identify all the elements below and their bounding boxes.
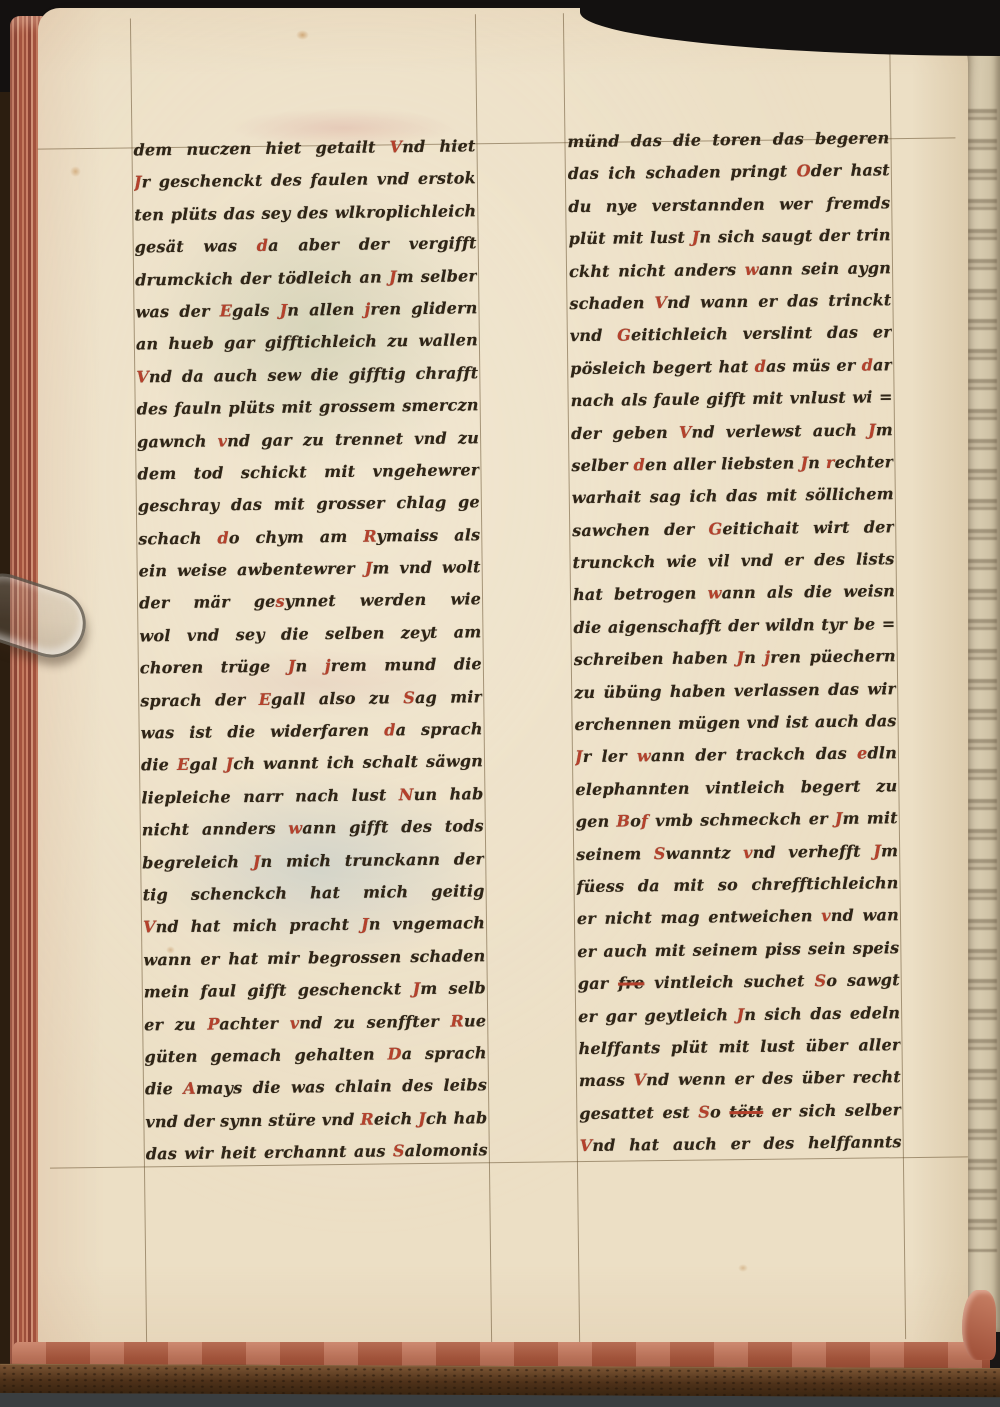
text-segment: ren glidern bbox=[370, 298, 477, 318]
text-segment: sawchen der bbox=[572, 519, 709, 540]
text-segment: eich bbox=[374, 1109, 419, 1129]
text-segment: der geben bbox=[571, 422, 679, 442]
text-segment: a aber der vergifft bbox=[268, 233, 477, 255]
rubricated-letter: J bbox=[279, 301, 287, 320]
manuscript-line: vnd Geitichleich verslint das er bbox=[570, 317, 892, 353]
rubricated-letter: O bbox=[797, 162, 811, 181]
text-segment: ten plüts das sey des wlkroplichleich bbox=[134, 201, 476, 224]
text-segment: echter bbox=[835, 452, 894, 472]
text-segment: nd gar zu trennet vnd zu bbox=[227, 428, 479, 450]
text-segment: o bbox=[710, 1102, 730, 1121]
rubricated-letter: E bbox=[259, 689, 272, 708]
rubricated-letter: d bbox=[633, 455, 645, 474]
text-segment: wann er hat mir begrossen schaden bbox=[143, 946, 485, 969]
text-segment: was ist die widerfaren bbox=[141, 720, 385, 742]
manuscript-line: liepleiche narr nach lust Nun hab ich bbox=[141, 778, 483, 815]
rubricated-letter: J bbox=[800, 453, 808, 472]
text-segment: nd hat auch er des helffannts plüt bbox=[580, 1132, 902, 1162]
text-segment: er sich selber bbox=[763, 1100, 901, 1121]
manuscript-line: der mär gesynnet werden wie bbox=[139, 584, 481, 621]
rubricated-letter: d bbox=[862, 355, 874, 374]
text-segment: ynnet werden wie bbox=[285, 590, 482, 611]
manuscript-line: güten gemach gehalten Da sprach bbox=[144, 1037, 486, 1074]
text-segment: ue bbox=[464, 1011, 486, 1030]
rubricated-letter: A bbox=[183, 1079, 196, 1098]
rubricated-letter: w bbox=[288, 819, 302, 838]
text-segment: er nicht mag entweichen bbox=[577, 907, 822, 929]
rubricated-letter: R bbox=[450, 1011, 464, 1030]
rubricated-letter: E bbox=[220, 301, 233, 320]
manuscript-line: hat betrogen wann als die weisn bbox=[573, 576, 895, 612]
text-segment: die aigenschafft der wildn tyr be = bbox=[573, 614, 895, 637]
rubricated-letter: V bbox=[654, 293, 667, 312]
rubricated-letter: D bbox=[387, 1044, 401, 1063]
text-segment: ag mir bbox=[415, 687, 482, 707]
text-segment: drumckich der tödleich an bbox=[135, 267, 389, 289]
text-segment: des fauln plüts mit grossem smerczn bbox=[137, 395, 479, 418]
text-segment: a sprach bbox=[402, 1043, 487, 1063]
text-segment: wanntz bbox=[665, 843, 743, 863]
text-segment: gesattet est bbox=[579, 1102, 698, 1122]
rubricated-letter: J bbox=[873, 841, 881, 860]
text-segment: das wir heit erchannt aus bbox=[146, 1141, 393, 1163]
manuscript-line: die Egal Jch wannt ich schalt säwgn bbox=[141, 746, 483, 783]
text-segment: n vngemach bbox=[369, 914, 485, 934]
rubricated-letter: d bbox=[384, 720, 396, 739]
text-segment: er zu bbox=[144, 1014, 207, 1034]
text-segment: eitichleich verslint das er bbox=[631, 323, 892, 345]
rubricated-letter: S bbox=[814, 971, 826, 990]
rubricated-letter: B bbox=[616, 812, 630, 831]
text-segment: was der bbox=[135, 301, 219, 321]
text-segment: er auch mit seinem piss sein speis bbox=[577, 938, 899, 961]
manuscript-line: Jr geschenckt des faulen vnd erstok = bbox=[134, 163, 476, 200]
page-edge-curl bbox=[962, 1290, 996, 1360]
rubricated-letter: J bbox=[134, 173, 142, 192]
manuscript-line: vnd der synn stüre vnd Reich Jch hab bbox=[145, 1102, 487, 1139]
manuscript-line: wann er hat mir begrossen schaden bbox=[143, 940, 485, 977]
text-segment: warhait sag ich das mit söllichem bbox=[572, 485, 894, 508]
rubricated-letter: J bbox=[575, 747, 583, 766]
rubricated-letter: P bbox=[207, 1014, 219, 1033]
rubricated-letter: J bbox=[365, 559, 373, 578]
text-segment: der mär ge bbox=[139, 592, 276, 613]
manuscript-line: gawnch vnd gar zu trennet vnd zu bbox=[137, 422, 479, 459]
text-segment: nd wan bbox=[831, 906, 899, 926]
text-segment: güten gemach gehalten bbox=[144, 1044, 387, 1066]
text-segment: an hueb gar gifftichleich zu wallen bbox=[136, 331, 478, 354]
manuscript-line: was ist die widerfaren da sprach bbox=[140, 713, 482, 750]
manuscript-line: helffants plüt mit lust über aller bbox=[578, 1029, 900, 1065]
text-segment: ein weise awbentewrer bbox=[139, 559, 365, 581]
text-segment: a sprach bbox=[396, 719, 483, 739]
text-segment: gall also zu bbox=[271, 688, 403, 709]
rubricated-letter: J bbox=[361, 915, 369, 934]
text-segment: selber bbox=[571, 455, 633, 475]
rubricated-letter: J bbox=[412, 979, 420, 998]
rubricated-letter: e bbox=[857, 744, 868, 763]
manuscript-line: du nye verstannden wer fremds bbox=[568, 187, 890, 223]
rubricated-letter: G bbox=[708, 519, 722, 538]
rubricated-letter: v bbox=[218, 431, 228, 450]
manuscript-line: mein faul gifft geschenckt Jm selb hat bbox=[144, 972, 486, 1009]
manuscript-line: dem nuczen hiet getailt Vnd hiet auch bbox=[133, 130, 475, 167]
text-segment: die bbox=[141, 755, 177, 774]
manuscript-line: sawchen der Geitichait wirt der bbox=[572, 511, 894, 547]
manuscript-line: nach als faule gifft mit vnlust wi = bbox=[570, 381, 892, 417]
manuscript-line: er nicht mag entweichen vnd wan bbox=[577, 900, 899, 936]
text-segment: vintleich suchet bbox=[644, 971, 814, 992]
text-segment: begreleich bbox=[142, 852, 253, 872]
rubricated-letter: V bbox=[143, 918, 156, 937]
manuscript-line: gesät was da aber der vergifft bbox=[135, 227, 477, 264]
rubricated-letter: V bbox=[136, 367, 149, 386]
manuscript-line: tig schenckch hat mich geitig betrogn bbox=[142, 875, 484, 912]
text-segment: n bbox=[744, 648, 764, 667]
text-segment: füess da mit so chrefftichleichn das bbox=[576, 873, 898, 903]
text-segment: o chym am bbox=[229, 526, 364, 547]
manuscript-line: gesattet est So tött er sich selber bbox=[579, 1094, 901, 1130]
manuscript-line: an hueb gar gifftichleich zu wallen bbox=[136, 325, 478, 362]
text-segment: r ler bbox=[583, 747, 637, 767]
manuscript-line: schreiben haben Jn jren püechern bbox=[574, 640, 896, 676]
text-segment: zu übüng haben verlassen das wir bbox=[574, 679, 896, 702]
text-segment: tig schenckch hat mich geitig betrogn bbox=[143, 881, 485, 912]
photograph-background: dem nuczen hiet getailt Vnd hiet auchJr … bbox=[0, 0, 1000, 1407]
rubricated-letter: s bbox=[275, 592, 284, 611]
rubricated-letter: V bbox=[580, 1136, 593, 1155]
manuscript-line: mass Vnd wenn er des über recht bbox=[579, 1061, 901, 1097]
text-segment: vmb schmeckch er bbox=[648, 809, 835, 830]
rubricated-letter: S bbox=[698, 1102, 710, 1121]
text-segment: ann als die weisn bbox=[722, 582, 896, 603]
rubricated-letter: w bbox=[708, 584, 722, 603]
manuscript-line: erchennen mügen vnd ist auch das bbox=[574, 705, 896, 741]
text-segment: n sich das edeln bbox=[744, 1003, 900, 1024]
text-segment: gesät was bbox=[135, 236, 257, 256]
text-segment: das ich schaden pringt bbox=[568, 162, 797, 184]
text-segment: gar bbox=[578, 974, 619, 993]
text-segment: ch hab bbox=[426, 1108, 488, 1128]
text-segment: n allen bbox=[287, 300, 364, 320]
text-segment: m vnd wolt bbox=[372, 557, 480, 577]
text-segment: gawnch bbox=[137, 431, 218, 451]
text-segment: rem mund die bbox=[331, 655, 482, 676]
text-segment: nd verlewst auch bbox=[691, 420, 868, 441]
manuscript-line: des fauln plüts mit grossem smerczn bbox=[137, 389, 479, 426]
rubricated-letter: R bbox=[360, 1109, 374, 1128]
manuscript-page: dem nuczen hiet getailt Vnd hiet auchJr … bbox=[38, 8, 968, 1346]
text-segment: n mich trunckann der bbox=[260, 849, 484, 871]
text-segment: eitichait wirt der bbox=[722, 517, 894, 538]
manuscript-line: dem tod schickt mit vngehewrer stym bbox=[137, 454, 479, 491]
text-segment: sprach der bbox=[140, 690, 259, 710]
text-segment: ann der trackch das bbox=[651, 744, 857, 766]
manuscript-line: nicht annders wann gifft des tods bbox=[142, 810, 484, 847]
manuscript-line: warhait sag ich das mit söllichem bbox=[572, 479, 894, 515]
text-segment: choren trüge bbox=[140, 657, 288, 678]
text-segment: geschray das mit grosser chlag ge bbox=[138, 493, 480, 516]
text-segment: o sawgt bbox=[826, 970, 900, 990]
rubricated-letter: J bbox=[389, 267, 397, 286]
text-segment: dem nuczen hiet getailt bbox=[133, 137, 389, 159]
manuscript-line: ckht nicht anders wann sein aygn bbox=[569, 252, 891, 288]
rubricated-letter: G bbox=[617, 326, 631, 345]
text-segment: hat betrogen bbox=[573, 584, 708, 605]
rubricated-letter: J bbox=[418, 1109, 426, 1128]
text-segment: ckht nicht anders bbox=[569, 260, 745, 281]
text-segment: münd das die toren das begeren bbox=[567, 128, 889, 151]
text-segment: dem tod schickt mit vngehewrer stym bbox=[137, 460, 479, 491]
manuscript-line: das ich schaden pringt Oder hast bbox=[568, 155, 890, 191]
manuscript-line: er zu Pachter vnd zu senffter Rue bbox=[144, 1005, 486, 1042]
rubricated-letter: v bbox=[821, 906, 831, 925]
text-segment: m mit bbox=[842, 808, 897, 828]
text-segment: dln bbox=[867, 744, 897, 763]
text-segment: ch wannt ich schalt säwgn bbox=[233, 752, 483, 774]
manuscript-line: drumckich der tödleich an Jm selber bbox=[135, 260, 477, 297]
manuscript-line: wol vnd sey die selben zeyt am wenigen bbox=[139, 616, 481, 653]
text-segment: vnd bbox=[570, 326, 618, 346]
text-segment: m selber bbox=[397, 266, 478, 286]
text-segment: n bbox=[296, 656, 325, 675]
text-segment: trunckch wie vil vnd er des lists bbox=[572, 549, 894, 572]
red-strikethrough-word: tött bbox=[729, 1102, 763, 1121]
text-segment: mays die was chlain des leibs bbox=[196, 1076, 487, 1099]
rubricated-letter: J bbox=[692, 228, 700, 247]
text-segment: achter bbox=[219, 1013, 290, 1033]
rubricated-letter: V bbox=[389, 137, 402, 156]
rubricated-letter: v bbox=[290, 1013, 300, 1032]
text-column-right: münd das die toren das begerendas ich sc… bbox=[567, 122, 902, 1162]
manuscript-line: begreleich Jn mich trunckann der Eri bbox=[142, 843, 484, 880]
text-segment: m bbox=[876, 420, 893, 439]
text-segment: schach bbox=[138, 528, 217, 548]
manuscript-line: elephannten vintleich begert zu sau = bbox=[575, 770, 897, 806]
manuscript-line: geschray das mit grosser chlag ge bbox=[138, 487, 480, 524]
text-segment: gals bbox=[232, 301, 280, 321]
text-segment: nd verhefft bbox=[753, 841, 874, 861]
text-segment: nd da auch sew die gifftig chrafft bbox=[149, 363, 479, 386]
manuscript-line: schaden Vnd wann er das trinckt bbox=[569, 284, 891, 320]
text-segment: die bbox=[145, 1079, 184, 1098]
rubricated-letter: w bbox=[745, 259, 759, 278]
text-segment: er gar geytleich bbox=[578, 1005, 737, 1026]
manuscript-line: gar fre vintleich suchet So sawgt bbox=[578, 964, 900, 1000]
text-segment: vnd der synn stüre vnd bbox=[145, 1109, 360, 1131]
manuscript-line: schach do chym am Rymaiss als bbox=[138, 519, 480, 556]
text-segment: schaden bbox=[569, 293, 654, 313]
rubricated-letter: d bbox=[217, 528, 229, 547]
text-column-left: dem nuczen hiet getailt Vnd hiet auchJr … bbox=[133, 130, 488, 1171]
rubricated-letter: S bbox=[393, 1141, 405, 1160]
rubricated-letter: d bbox=[755, 356, 767, 375]
text-segment: r geschenckt des faulen vnd erstok = bbox=[134, 169, 476, 200]
text-segment: n bbox=[808, 453, 826, 472]
manuscript-line: seinem Swanntz vnd verhefft Jm sein bbox=[576, 835, 898, 871]
text-segment: ymaiss als bbox=[376, 525, 480, 545]
manuscript-line: Vnd da auch sew die gifftig chrafft bbox=[136, 357, 478, 394]
written-area: dem nuczen hiet getailt Vnd hiet auchJr … bbox=[30, 2, 976, 1351]
manuscript-line: was der Egals Jn allen jren glidern bbox=[135, 292, 477, 329]
rubricated-letter: J bbox=[288, 657, 296, 676]
text-segment: nd zu senffter bbox=[299, 1011, 450, 1032]
text-segment: nach als faule gifft mit vnlust wi = bbox=[571, 387, 893, 410]
rubricated-letter: R bbox=[363, 526, 376, 545]
manuscript-line: ten plüts das sey des wlkroplichleich bbox=[134, 195, 476, 232]
text-segment: der hast bbox=[811, 161, 890, 181]
manuscript-line: selber den aller liebsten Jn rechter bbox=[571, 446, 893, 482]
text-segment: du nye verstannden wer fremds bbox=[568, 193, 890, 216]
rubricated-letter: V bbox=[634, 1071, 647, 1090]
manuscript-line: plüt mit lust Jn sich saugt der trin = bbox=[568, 219, 890, 255]
binding-board-bottom bbox=[0, 1364, 1000, 1397]
text-segment: ann gifft des tods bbox=[302, 816, 484, 837]
rubricated-letter: J bbox=[868, 420, 876, 439]
manuscript-line: sprach der Egall also zu Sag mir bbox=[140, 681, 482, 718]
text-segment: seinem bbox=[576, 844, 654, 864]
rubricated-letter: V bbox=[679, 422, 692, 441]
text-segment: wol vnd sey die selben zeyt am wenigen bbox=[139, 622, 481, 653]
manuscript-line: die aigenschafft der wildn tyr be = bbox=[573, 608, 895, 644]
manuscript-line: choren trüge Jn jrem mund die bbox=[140, 649, 482, 686]
rubricated-letter: d bbox=[257, 236, 269, 255]
manuscript-line: füess da mit so chrefftichleichn das bbox=[576, 867, 898, 903]
text-segment: o bbox=[630, 812, 641, 831]
manuscript-line: trunckch wie vil vnd er des lists bbox=[572, 543, 894, 579]
manuscript-line: münd das die toren das begeren bbox=[567, 122, 889, 158]
text-segment: gal bbox=[189, 755, 225, 774]
text-segment: liepleiche narr nach lust bbox=[141, 785, 399, 807]
text-segment: ren püechern bbox=[770, 646, 896, 667]
manuscript-line: der geben Vnd verlewst auch Jm bbox=[571, 414, 893, 450]
text-segment: nd wenn er des über recht bbox=[646, 1067, 901, 1089]
text-segment: erchennen mügen vnd ist auch das bbox=[574, 711, 896, 734]
text-segment: helffants plüt mit lust über aller bbox=[578, 1035, 900, 1058]
rubricated-letter: S bbox=[654, 844, 666, 863]
manuscript-line: ein weise awbentewrer Jm vnd wolt bbox=[138, 551, 480, 588]
text-segment: plüt mit lust bbox=[569, 228, 692, 249]
manuscript-line: Vnd hat auch er des helffannts plüt bbox=[580, 1126, 902, 1162]
rubricated-letter: w bbox=[637, 747, 651, 766]
manuscript-line: Jr ler wann der trackch das edln bbox=[575, 738, 897, 774]
manuscript-line: zu übüng haben verlassen das wir bbox=[574, 673, 896, 709]
red-strikethrough-word: fre bbox=[618, 973, 644, 992]
rubricated-letter: J bbox=[835, 809, 843, 828]
rubricated-letter: S bbox=[403, 688, 415, 707]
text-segment: schreiben haben bbox=[574, 648, 737, 669]
rubricated-letter: E bbox=[177, 755, 190, 774]
text-segment: nicht annders bbox=[142, 819, 289, 840]
text-segment: alomonis bbox=[405, 1140, 488, 1160]
manuscript-line: die Amays die was chlain des leibs bbox=[145, 1070, 487, 1107]
rubricated-letter: N bbox=[399, 785, 414, 804]
text-segment: en aller liebsten bbox=[645, 453, 801, 474]
text-segment: mein faul gifft geschenckt bbox=[144, 979, 413, 1001]
manuscript-line: das wir heit erchannt aus Salomonis bbox=[146, 1134, 488, 1171]
text-segment: ann sein aygn bbox=[759, 258, 892, 279]
manuscript-line: pösleich begert hat das müs er dar = bbox=[570, 349, 892, 385]
text-segment: gen bbox=[576, 812, 617, 831]
manuscript-line: gen Bof vmb schmeckch er Jm mit bbox=[576, 802, 898, 838]
text-segment: as müs er bbox=[766, 355, 862, 375]
text-segment: nd hat mich pracht bbox=[156, 915, 362, 937]
manuscript-line: Vnd hat mich pracht Jn vngemach bbox=[143, 908, 485, 945]
text-segment: pösleich begert hat bbox=[570, 357, 755, 378]
text-segment: mass bbox=[579, 1071, 634, 1091]
text-segment: elephannten vintleich begert zu sau = bbox=[575, 776, 897, 806]
text-segment: nd wann er das trinckt bbox=[667, 290, 892, 312]
manuscript-line: er auch mit seinem piss sein speis bbox=[577, 932, 899, 968]
manuscript-line: er gar geytleich Jn sich das edeln bbox=[578, 997, 900, 1033]
